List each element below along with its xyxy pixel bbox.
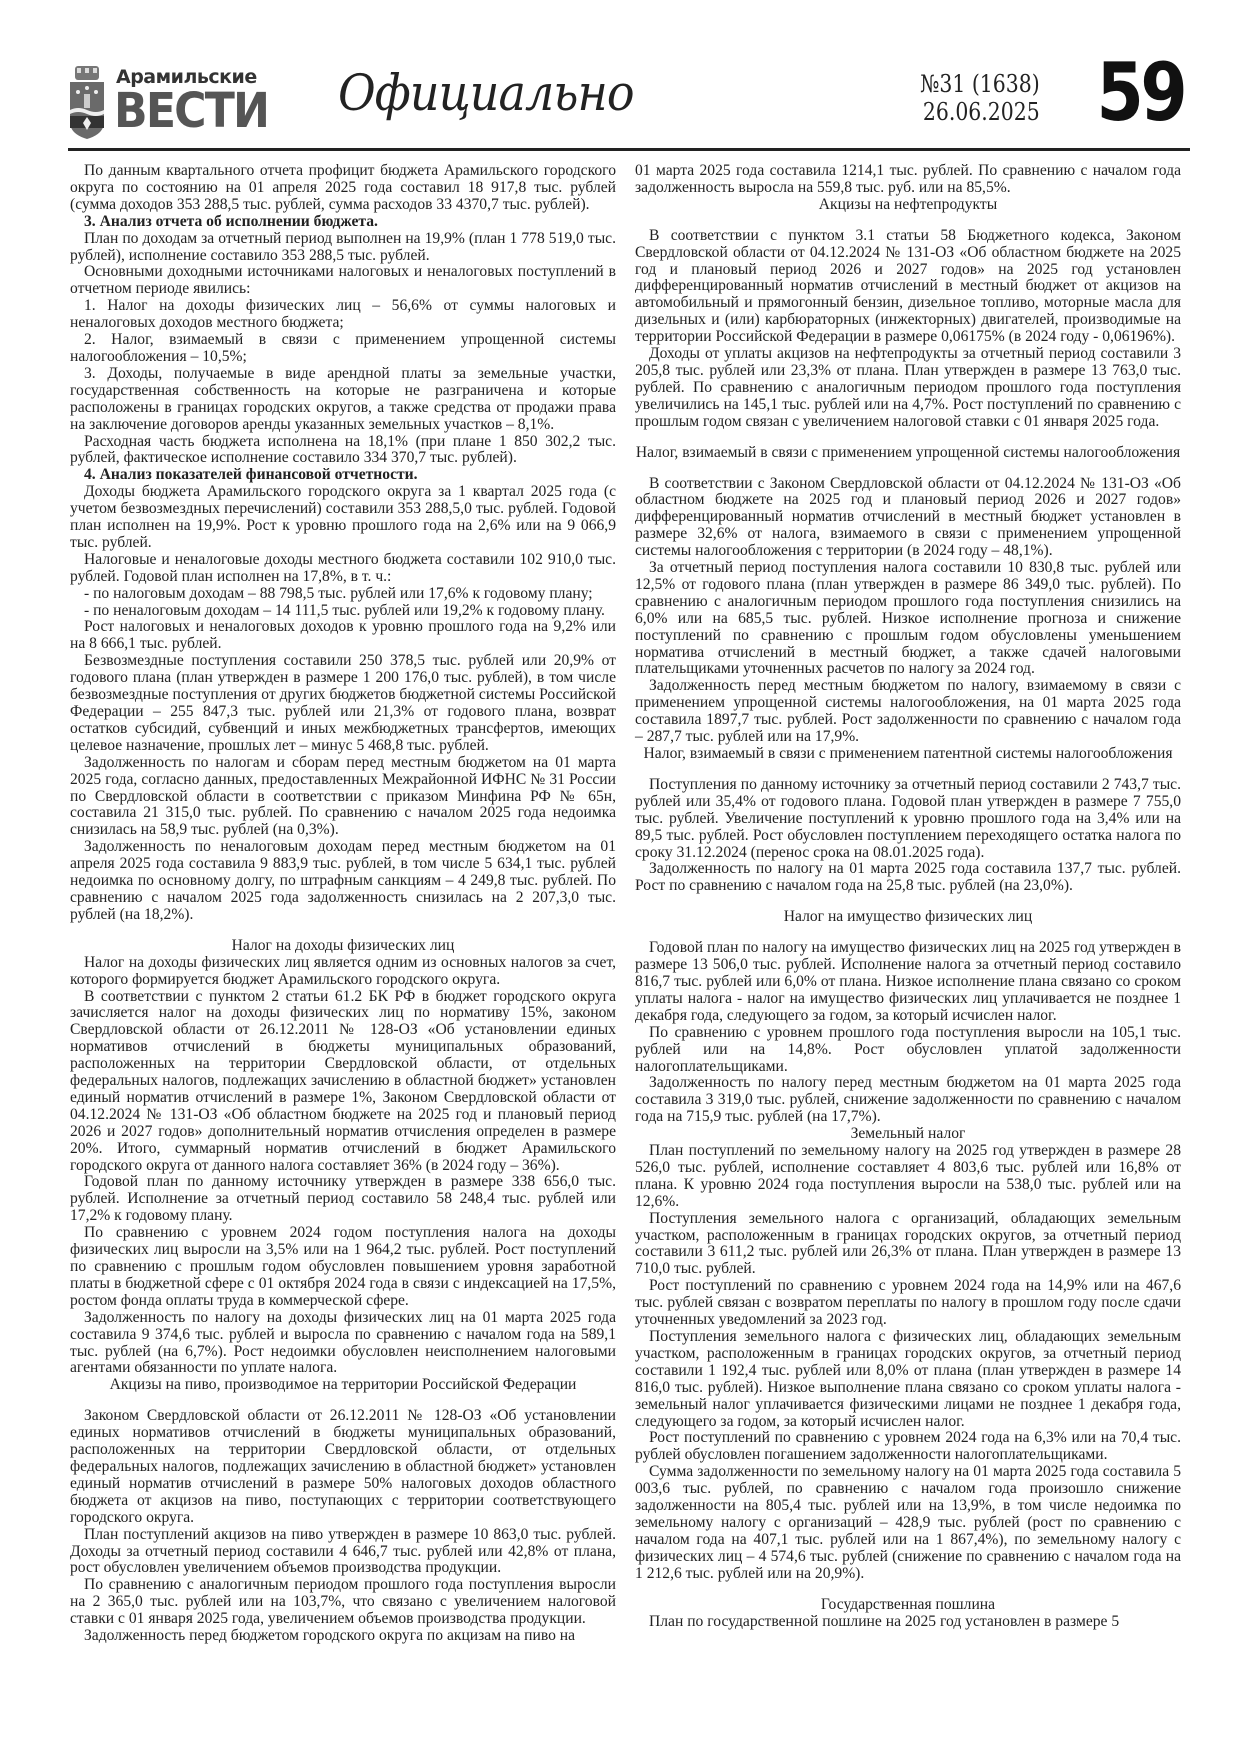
paragraph: Налог на доходы физических лиц является … xyxy=(70,955,616,989)
paragraph: Рост поступлений по сравнению с уровнем … xyxy=(635,1430,1181,1464)
subsection-title: Акцизы на пиво, производимое на территор… xyxy=(70,1377,616,1394)
paragraph: Рост налоговых и неналоговых доходов к у… xyxy=(70,619,616,653)
paragraph: Доходы от уплаты акцизов на нефтепродукт… xyxy=(635,346,1181,431)
paragraph: В соответствии с пунктом 3.1 статьи 58 Б… xyxy=(635,228,1181,346)
paragraph: Задолженность по налогам и сборам перед … xyxy=(70,755,616,840)
paragraph: Законом Свердловской области от 26.12.20… xyxy=(70,1408,616,1526)
newspaper-logo: Арамильские ВЕСТИ xyxy=(68,60,298,142)
subsection-title: Налог на имущество физических лиц xyxy=(635,909,1181,926)
paragraph: Поступления по данному источнику за отче… xyxy=(635,777,1181,862)
paragraph: По сравнению с уровнем 2024 годом поступ… xyxy=(70,1225,616,1310)
paragraph: 01 марта 2025 года составила 1214,1 тыс.… xyxy=(635,163,1181,197)
subsection-title: Земельный налог xyxy=(635,1126,1181,1143)
paragraph: Рост поступлений по сравнению с уровнем … xyxy=(635,1278,1181,1329)
paragraph: По сравнению с уровнем прошлого года пос… xyxy=(635,1025,1181,1076)
paragraph: 1. Налог на доходы физических лиц – 56,6… xyxy=(70,298,616,332)
paragraph: По сравнению с аналогичным периодом прош… xyxy=(70,1577,616,1628)
paragraph: За отчетный период поступления налога со… xyxy=(635,560,1181,678)
masthead: Арамильские ВЕСТИ Официально №31 (1638) … xyxy=(68,52,1190,148)
paragraph: В соответствии с Законом Свердловской об… xyxy=(635,476,1181,561)
paragraph: Поступления земельного налога с физическ… xyxy=(635,1329,1181,1430)
paragraph: План по доходам за отчетный период выпол… xyxy=(70,231,616,265)
section-heading: 4. Анализ показателей финансовой отчетно… xyxy=(70,467,616,484)
section-title: Официально xyxy=(338,64,634,122)
issue-date: 26.06.2025 xyxy=(920,98,1040,126)
paragraph: Задолженность по налогу перед местным бю… xyxy=(635,1075,1181,1126)
paragraph: План по государственной пошлине на 2025 … xyxy=(635,1614,1181,1631)
subsection-title: Налог на доходы физических лиц xyxy=(70,938,616,955)
paragraph: Основными доходными источниками налоговы… xyxy=(70,264,616,298)
header-divider xyxy=(68,148,1190,151)
paragraph: По данным квартального отчета профицит б… xyxy=(70,163,616,214)
paragraph: Безвозмездные поступления составили 250 … xyxy=(70,653,616,754)
paragraph: Доходы бюджета Арамильского городского о… xyxy=(70,484,616,552)
subsection-title: Налог, взимаемый в связи с применением у… xyxy=(635,445,1181,462)
coat-of-arms-icon xyxy=(68,64,106,140)
section-heading: 3. Анализ отчета об исполнении бюджета. xyxy=(70,214,616,231)
paragraph: Расходная часть бюджета исполнена на 18,… xyxy=(70,434,616,468)
paragraph: 2. Налог, взимаемый в связи с применение… xyxy=(70,332,616,366)
paragraph: Годовой план по данному источнику утверж… xyxy=(70,1174,616,1225)
subsection-title: Налог, взимаемый в связи с применением п… xyxy=(635,746,1181,763)
paragraph: Налоговые и неналоговые доходы местного … xyxy=(70,552,616,586)
paragraph: План поступлений акцизов на пиво утвержд… xyxy=(70,1527,616,1578)
paragraph: - по налоговым доходам – 88 798,5 тыс. р… xyxy=(70,586,616,603)
subsection-title: Государственная пошлина xyxy=(635,1597,1181,1614)
paragraph: Сумма задолженности по земельному налогу… xyxy=(635,1464,1181,1582)
paragraph: Годовой план по налогу на имущество физи… xyxy=(635,940,1181,1025)
right-column: 01 марта 2025 года составила 1214,1 тыс.… xyxy=(635,163,1181,1630)
paragraph: В соответствии с пунктом 2 статьи 61.2 Б… xyxy=(70,989,616,1175)
paragraph: 3. Доходы, получаемые в виде арендной пл… xyxy=(70,366,616,434)
issue-number: №31 (1638) xyxy=(920,70,1040,98)
paragraph: Поступления земельного налога с организа… xyxy=(635,1211,1181,1279)
issue-info: №31 (1638) 26.06.2025 xyxy=(920,70,1040,126)
paragraph: Задолженность по налогу на 01 марта 2025… xyxy=(635,861,1181,895)
subsection-title: Акцизы на нефтепродукты xyxy=(635,197,1181,214)
paragraph: - по неналоговым доходам – 14 111,5 тыс.… xyxy=(70,603,616,620)
left-column: По данным квартального отчета профицит б… xyxy=(70,163,616,1645)
paragraph: Задолженность по неналоговым доходам пер… xyxy=(70,839,616,924)
page-number: 59 xyxy=(1096,46,1184,139)
paragraph: Задолженность перед бюджетом городского … xyxy=(70,1628,616,1645)
logo-title: ВЕСТИ xyxy=(114,84,268,138)
paragraph: Задолженность по налогу на доходы физиче… xyxy=(70,1310,616,1378)
paragraph: План поступлений по земельному налогу на… xyxy=(635,1143,1181,1211)
paragraph: Задолженность перед местным бюджетом по … xyxy=(635,678,1181,746)
